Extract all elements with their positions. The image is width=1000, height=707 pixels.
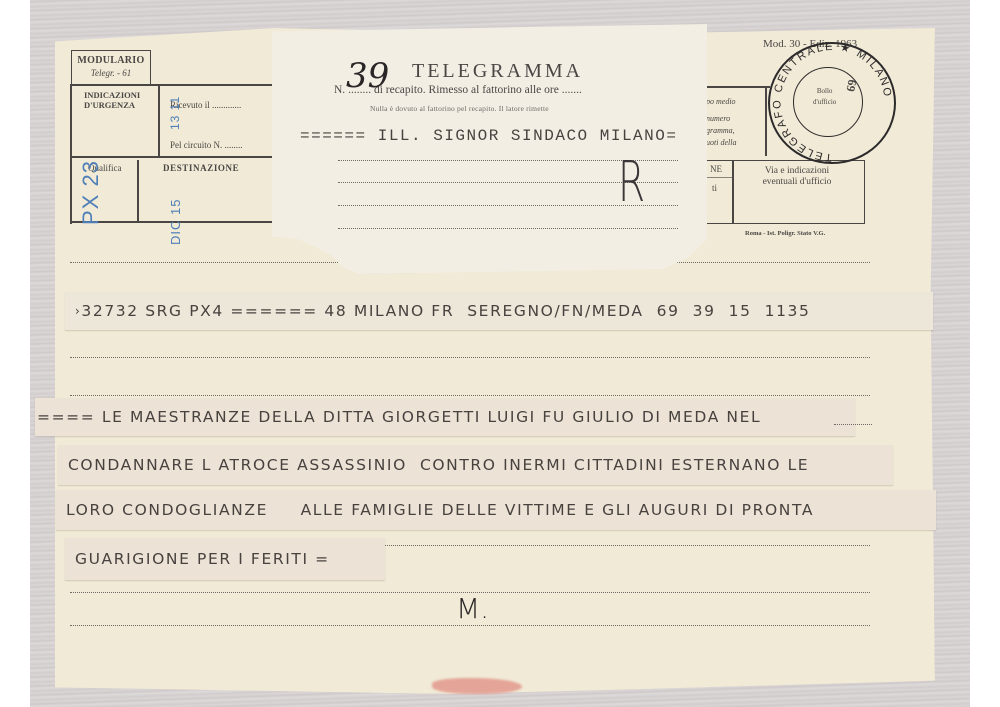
date-stamp: DIC 15 — [168, 199, 183, 245]
modulario-box: MODULARIO Telegr. - 61 — [71, 50, 151, 86]
message-line: CONDANNARE L ATROCE ASSASSINIO CONTRO IN… — [68, 456, 809, 474]
message-strip-3: LORO CONDOGLIANZE ALLE FAMIGLIE DELLE VI… — [56, 490, 936, 530]
handwritten-initial: R — [618, 150, 645, 215]
handwritten-number: 39 — [346, 56, 389, 96]
message-line: LORO CONDOGLIANZE ALLE FAMIGLIE DELLE VI… — [66, 501, 814, 519]
red-wax-stain — [432, 678, 522, 694]
form-rule — [137, 160, 139, 222]
dotted-rule — [834, 424, 872, 425]
message-strip-2: CONDANNARE L ATROCE ASSASSINIO CONTRO IN… — [58, 445, 893, 485]
modulario-label: MODULARIO — [72, 54, 150, 67]
telegramma-title: TELEGRAMMA — [412, 60, 583, 83]
message-line: GUARIGIONE PER I FERITI = — [75, 550, 330, 568]
form-rule — [70, 84, 72, 224]
slip-line-2: Nulla è dovuto al fattorino pel recapito… — [370, 104, 549, 113]
dotted-rule — [70, 625, 870, 626]
urgency-label: INDICAZIONI D'URGENZA — [84, 90, 140, 110]
handwritten-signature: M. — [456, 592, 489, 625]
form-rule — [158, 84, 160, 156]
destinazione-label: DESTINAZIONE — [163, 163, 239, 173]
px-stamp: PX 23 — [78, 160, 104, 225]
slip-dotted-rule — [338, 228, 678, 229]
svg-text:TELEGRAFO CENTRALE ★ MILANO: TELEGRAFO CENTRALE ★ MILANO — [771, 41, 893, 163]
form-rule — [732, 160, 734, 224]
addressee-line: ====== ILL. SIGNOR SINDACO MILANO= — [300, 127, 677, 145]
partial-sub: ti — [712, 183, 717, 193]
circuit-label: Pel circuito N. ........ — [170, 140, 243, 150]
partial-header: NE — [710, 164, 722, 174]
printer-credit: Roma - Ist. Poligr. Stato V.G. — [745, 230, 825, 237]
form-rule — [70, 156, 275, 158]
message-strip-4: GUARIGIONE PER I FERITI = — [65, 538, 385, 580]
modulario-code: Telegr. - 61 — [72, 67, 150, 80]
message-line: ==== LE MAESTRANZE DELLA DITTA GIORGETTI… — [37, 408, 761, 426]
form-rule — [70, 84, 275, 86]
dotted-rule — [70, 395, 870, 396]
header-text: 32732 SRG PX4 ====== 48 MILANO FR SEREGN… — [81, 302, 810, 320]
form-rule — [700, 86, 770, 88]
message-strip-1: ==== LE MAESTRANZE DELLA DITTA GIORGETTI… — [35, 398, 855, 436]
header-strip: › 32732 SRG PX4 ====== 48 MILANO FR SERE… — [65, 292, 933, 330]
time-stamp: 13 11 — [168, 96, 182, 130]
right-partial-text: po medio numero gramma, uoti della — [706, 96, 736, 149]
dotted-rule — [70, 357, 870, 358]
dotted-rule — [380, 545, 870, 546]
postmark-ring-text: TELEGRAFO CENTRALE ★ MILANO — [762, 36, 902, 170]
